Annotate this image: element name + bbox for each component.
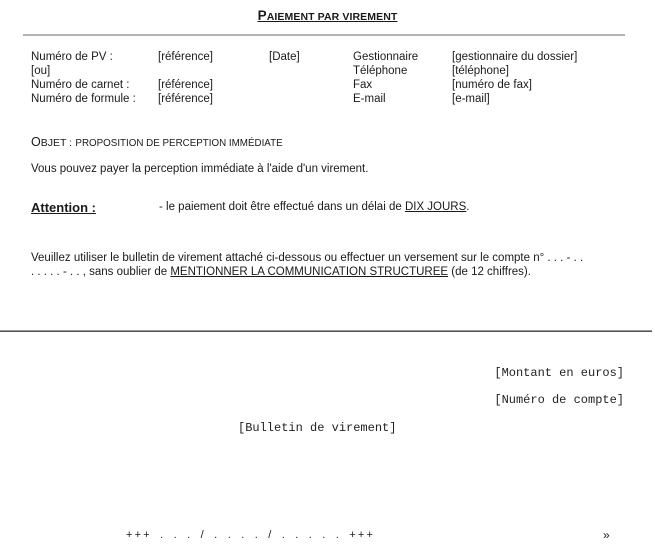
or-label: [ou] (31, 64, 50, 78)
pv-number-value: [référence] (158, 50, 213, 64)
phone-label: Téléphone (353, 64, 407, 78)
subject-line: OBJET : PROPOSITION DE PERCEPTION IMMÉDI… (31, 135, 283, 149)
attention-label: Attention : (31, 200, 96, 215)
email-label: E-mail (353, 92, 386, 106)
carnet-number-label: Numéro de carnet : (31, 78, 129, 92)
instructions-suffix: (de 12 chiffres). (448, 266, 531, 278)
tear-off-divider (0, 330, 652, 332)
attention-text-after: . (466, 201, 469, 213)
date-value: [Date] (269, 50, 300, 64)
subject-initial: O (31, 135, 41, 149)
instructions-line-2: . . . . . - . . , sans oublier de MENTIO… (31, 266, 531, 278)
phone-value: [téléphone] (452, 64, 509, 78)
account-placeholder: [Numéro de compte] (494, 393, 624, 407)
carnet-number-value: [référence] (158, 78, 213, 92)
title-initial: P (258, 8, 267, 23)
fax-label: Fax (353, 78, 372, 92)
header-divider (23, 34, 625, 36)
form-number-label: Numéro de formule : (31, 92, 136, 106)
amount-placeholder: [Montant en euros] (494, 366, 624, 380)
deadline-emphasis: DIX JOURS (405, 201, 466, 213)
fax-value: [numéro de fax] (452, 78, 532, 92)
title-rest: AIEMENT PAR VIREMENT (267, 11, 398, 23)
pv-number-label: Numéro de PV : (31, 50, 113, 64)
bulletin-placeholder: [Bulletin de virement] (238, 421, 396, 435)
intro-text: Vous pouvez payer la perception immédiat… (31, 163, 368, 175)
manager-value: [gestionnaire du dossier] (452, 50, 577, 64)
email-value: [e-mail] (452, 92, 490, 106)
chevron-right-icon: » (603, 528, 610, 542)
page-title: PAIEMENT PAR VIREMENT (0, 8, 655, 23)
structured-communication: +++ . . . / . . . . / . . . . . +++ (126, 529, 375, 541)
subject-label: BJET : (41, 137, 72, 149)
subject-text: PROPOSITION DE PERCEPTION IMMÉDIATE (75, 138, 282, 149)
manager-label: Gestionnaire (353, 50, 418, 64)
communication-emphasis: MENTIONNER LA COMMUNICATION STRUCTUREE (170, 266, 448, 278)
instructions-line-1: Veuillez utiliser le bulletin de viremen… (31, 252, 583, 264)
form-number-value: [référence] (158, 92, 213, 106)
attention-text: - le paiement doit être effectué dans un… (159, 201, 469, 213)
attention-text-before: - le paiement doit être effectué dans un… (159, 201, 405, 213)
account-number-placeholder: . . . . . - . . , sans oublier de (31, 266, 170, 278)
